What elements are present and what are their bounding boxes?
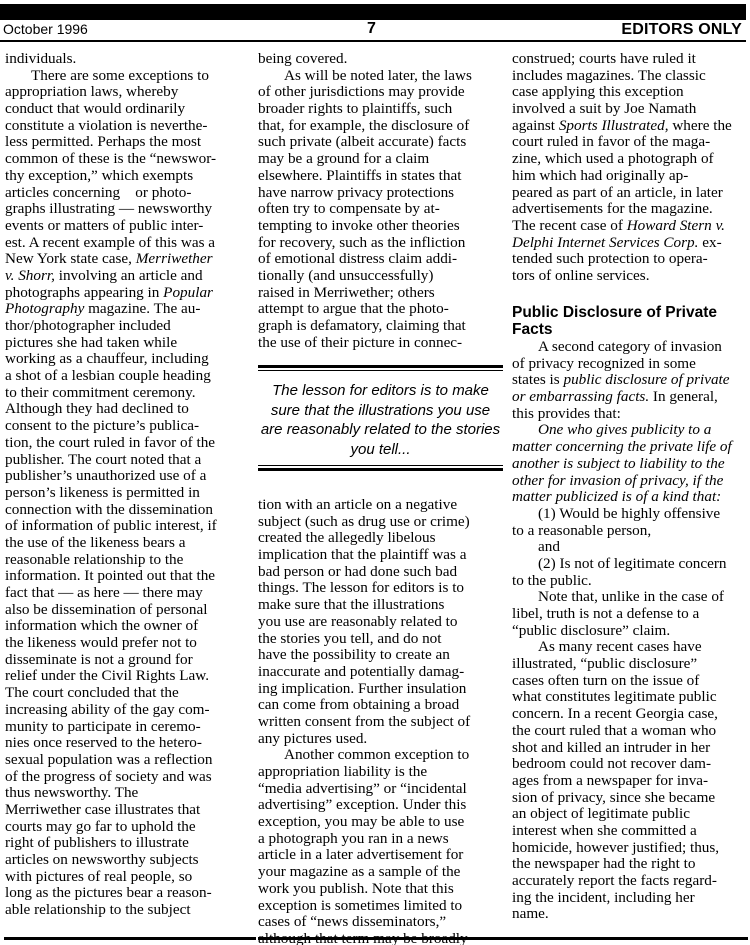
- text-line: subject (such as drug use or crime): [258, 514, 503, 531]
- text-line: ing implication. Further insulation: [258, 681, 503, 698]
- text-line: of information of public interest, if: [5, 518, 250, 535]
- text-line: individuals.: [5, 51, 250, 68]
- text-line: of emotional distress claim addi-: [258, 251, 503, 268]
- text-line: common of these is the “newswor-: [5, 151, 250, 168]
- text-line: an object of legitimate public: [512, 806, 748, 823]
- text-line: the use of their picture in connec-: [258, 335, 503, 352]
- text-line: “public disclosure” claim.: [512, 623, 748, 640]
- article-column-1: individuals.There are some exceptions to…: [5, 51, 250, 919]
- text-line: inaccurate and potentially damag-: [258, 664, 503, 681]
- text-line: written consent from the subject of: [258, 714, 503, 731]
- text-line: articles concerning or photo-: [5, 185, 250, 202]
- text-line: courts may go far to uphold the: [5, 819, 250, 836]
- text-line: have the possibility to create an: [258, 647, 503, 664]
- text-line: the court ruled that a woman who: [512, 723, 748, 740]
- text-line: One who gives publicity to a: [512, 422, 748, 439]
- text-line: make sure that the illustrations: [258, 597, 503, 614]
- text-line: cases often turn on the issue of: [512, 673, 748, 690]
- text-line: cases of “news disseminators,”: [258, 914, 503, 931]
- text-line: accurately report the facts regard-: [512, 873, 748, 890]
- text-line: tors of online services.: [512, 268, 748, 285]
- text-line: states is public disclosure of private: [512, 372, 748, 389]
- pull-quote-bottom-rule: [258, 468, 503, 471]
- text-line: person’s likeness is permitted in: [5, 485, 250, 502]
- text-line: illustrated, “public disclosure”: [512, 656, 748, 673]
- text-line: exception is sometimes limited to: [258, 898, 503, 915]
- text-line: The court concluded that the: [5, 685, 250, 702]
- text-line: publisher. The court noted that a: [5, 452, 250, 469]
- text-line: Photography magazine. The au-: [5, 301, 250, 318]
- text-line: munity to participate in ceremo-: [5, 719, 250, 736]
- text-line: have narrow privacy protections: [258, 185, 503, 202]
- article-column-3-top: construed; courts have ruled itincludes …: [512, 51, 748, 285]
- text-line: or embarrassing facts. In general,: [512, 389, 748, 406]
- text-line: long as the pictures bear a reason-: [5, 885, 250, 902]
- text-line: bedroom could not recover dam-: [512, 756, 748, 773]
- text-line: him which had originally ap-: [512, 168, 748, 185]
- text-line: increasing ability of the gay com-: [5, 702, 250, 719]
- text-line: what constitutes legitimate public: [512, 689, 748, 706]
- text-line: this provides that:: [512, 406, 748, 423]
- text-line: the newspaper had the right to: [512, 856, 748, 873]
- text-line: to the public.: [512, 573, 748, 590]
- issue-date: October 1996: [3, 21, 88, 37]
- text-line: working as a chauffeur, including: [5, 351, 250, 368]
- text-line: matter concerning the private life of: [512, 439, 748, 456]
- text-line: publisher’s unauthorized use of a: [5, 468, 250, 485]
- footer-rule-col1: [4, 937, 256, 940]
- text-line: raised in Merriwether; others: [258, 285, 503, 302]
- section-heading: Public Disclosure of Private Facts: [512, 305, 748, 338]
- text-line: Delphi Internet Services Corp. ex-: [512, 235, 748, 252]
- text-line: sexual population was a reflection: [5, 752, 250, 769]
- text-line: the likeness would prefer not to: [5, 635, 250, 652]
- text-line: created the allegedly libelous: [258, 530, 503, 547]
- pull-quote-bottom-rule-thin: [258, 465, 503, 466]
- text-line: connection with the dissemination: [5, 502, 250, 519]
- text-line: of other jurisdictions may provide: [258, 84, 503, 101]
- text-line: attempt to argue that the photo-: [258, 301, 503, 318]
- text-line: appropriation liability is the: [258, 764, 503, 781]
- header-divider: [0, 40, 746, 42]
- text-line: (1) Would be highly offensive: [512, 506, 748, 523]
- text-line: court ruled in favor of the maga-: [512, 134, 748, 151]
- text-line: As many recent cases have: [512, 639, 748, 656]
- text-line: information. It pointed out that the: [5, 568, 250, 585]
- text-line: things. The lesson for editors is to: [258, 580, 503, 597]
- text-line: bad person or had done such bad: [258, 564, 503, 581]
- text-line: tionally (and unsuccessfully): [258, 268, 503, 285]
- header-black-bar: [0, 4, 746, 20]
- text-line: tion, the court ruled in favor of the: [5, 435, 250, 452]
- text-line: also be dissemination of personal: [5, 602, 250, 619]
- text-line: There are some exceptions to: [5, 68, 250, 85]
- text-line: zine, which used a photograph of: [512, 151, 748, 168]
- text-line: constitute a violation is neverthe-: [5, 118, 250, 135]
- pull-quote: The lesson for editors is to make sure t…: [258, 365, 503, 471]
- text-line: you use are reasonably related to: [258, 614, 503, 631]
- text-line: conduct that would ordinarily: [5, 101, 250, 118]
- text-line: information which the owner of: [5, 618, 250, 635]
- text-line: advertising” exception. Under this: [258, 797, 503, 814]
- pull-quote-text: The lesson for editors is to make sure t…: [258, 371, 503, 465]
- text-line: “media advertising” or “incidental: [258, 781, 503, 798]
- text-line: disseminate is not a ground for: [5, 652, 250, 669]
- text-line: ing the incident, including her: [512, 890, 748, 907]
- text-line: can come from obtaining a broad: [258, 697, 503, 714]
- text-line: and: [512, 539, 748, 556]
- text-line: to their commitment ceremony.: [5, 385, 250, 402]
- article-column-3-bottom: A second category of invasionof privacy …: [512, 339, 748, 923]
- text-line: photographs appearing in Popular: [5, 285, 250, 302]
- text-line: nies once reserved to the hetero-: [5, 735, 250, 752]
- text-line: libel, truth is not a defense to a: [512, 606, 748, 623]
- page-header: October 1996 7 EDITORS ONLY: [0, 20, 746, 40]
- article-column-2-bottom: tion with an article on a negativesubjec…: [258, 497, 503, 945]
- text-line: thor/photographer included: [5, 318, 250, 335]
- text-line: Note that, unlike in the case of: [512, 589, 748, 606]
- text-line: reasonable relationship to the: [5, 552, 250, 569]
- text-line: appropriation laws, whereby: [5, 84, 250, 101]
- text-line: any pictures used.: [258, 731, 503, 748]
- text-line: sion of privacy, since she became: [512, 790, 748, 807]
- text-line: less permitted. Perhaps the most: [5, 134, 250, 151]
- article-column-2-top: being covered.As will be noted later, th…: [258, 51, 503, 351]
- text-line: your magazine as a sample of the: [258, 864, 503, 881]
- text-line: a photograph you ran in a news: [258, 831, 503, 848]
- text-line: pictures she had taken while: [5, 335, 250, 352]
- text-line: exception, you may be able to use: [258, 814, 503, 831]
- text-line: being covered.: [258, 51, 503, 68]
- text-line: graphs illustrating — newsworthy: [5, 201, 250, 218]
- text-line: The recent case of Howard Stern v.: [512, 218, 748, 235]
- text-line: involved a suit by Joe Namath: [512, 101, 748, 118]
- pull-quote-top-rule: [258, 365, 503, 368]
- text-line: (2) Is not of legitimate concern: [512, 556, 748, 573]
- text-line: the use of the likeness bears a: [5, 535, 250, 552]
- text-line: interest when she committed a: [512, 823, 748, 840]
- text-line: matter publicized is of a kind that:: [512, 489, 748, 506]
- text-line: that, for example, the disclosure of: [258, 118, 503, 135]
- text-line: articles on newsworthy subjects: [5, 852, 250, 869]
- text-line: such private (albeit accurate) facts: [258, 134, 503, 151]
- text-line: events or matters of public inter-: [5, 218, 250, 235]
- text-line: article in a later advertisement for: [258, 847, 503, 864]
- text-line: A second category of invasion: [512, 339, 748, 356]
- text-line: work you publish. Note that this: [258, 881, 503, 898]
- text-line: of privacy recognized in some: [512, 356, 748, 373]
- text-line: another is subject to liability to the: [512, 456, 748, 473]
- text-line: right of publishers to illustrate: [5, 835, 250, 852]
- text-line: tion with an article on a negative: [258, 497, 503, 514]
- text-line: a shot of a lesbian couple heading: [5, 368, 250, 385]
- text-line: New York state case, Merriwether: [5, 251, 250, 268]
- text-line: consent to the picture’s publica-: [5, 418, 250, 435]
- text-line: often try to compensate by at-: [258, 201, 503, 218]
- text-line: thy exception,” which exempts: [5, 168, 250, 185]
- text-line: implication that the plaintiff was a: [258, 547, 503, 564]
- text-line: against Sports Illustrated, where the: [512, 118, 748, 135]
- text-line: elsewhere. Plaintiffs in states that: [258, 168, 503, 185]
- text-line: Although they had declined to: [5, 401, 250, 418]
- text-line: Another common exception to: [258, 747, 503, 764]
- text-line: concern. In a recent Georgia case,: [512, 706, 748, 723]
- text-line: Merriwether case illustrates that: [5, 802, 250, 819]
- text-line: name.: [512, 906, 748, 923]
- text-line: fact that — as here — there may: [5, 585, 250, 602]
- text-line: able relationship to the subject: [5, 902, 250, 919]
- text-line: graph is defamatory, claiming that: [258, 318, 503, 335]
- text-line: with pictures of real people, so: [5, 869, 250, 886]
- text-line: tended such protection to opera-: [512, 251, 748, 268]
- text-line: ages from a newspaper for inva-: [512, 773, 748, 790]
- text-line: est. A recent example of this was a: [5, 235, 250, 252]
- footer-rule-col3: [512, 937, 748, 940]
- text-line: for recovery, such as the infliction: [258, 235, 503, 252]
- text-line: includes magazines. The classic: [512, 68, 748, 85]
- text-line: other for invasion of privacy, if the: [512, 473, 748, 490]
- text-line: broader rights to plaintiffs, such: [258, 101, 503, 118]
- footer-rule-col2: [258, 937, 512, 940]
- text-line: to a reasonable person,: [512, 523, 748, 540]
- text-line: shot and killed an intruder in her: [512, 740, 748, 757]
- text-line: case applying this exception: [512, 84, 748, 101]
- page-number: 7: [367, 20, 376, 38]
- text-line: the stories you tell, and do not: [258, 631, 503, 648]
- text-line: peared as part of an article, in later: [512, 185, 748, 202]
- text-line: As will be noted later, the laws: [258, 68, 503, 85]
- text-line: advertisements for the magazine.: [512, 201, 748, 218]
- publication-title: EDITORS ONLY: [621, 21, 742, 39]
- text-line: thus newsworthy. The: [5, 785, 250, 802]
- text-line: of the progress of society and was: [5, 769, 250, 786]
- text-line: may be a ground for a claim: [258, 151, 503, 168]
- text-line: construed; courts have ruled it: [512, 51, 748, 68]
- text-line: v. Shorr, involving an article and: [5, 268, 250, 285]
- text-line: tempting to invoke other theories: [258, 218, 503, 235]
- text-line: homicide, however justified; thus,: [512, 840, 748, 857]
- text-line: relief under the Civil Rights Law.: [5, 668, 250, 685]
